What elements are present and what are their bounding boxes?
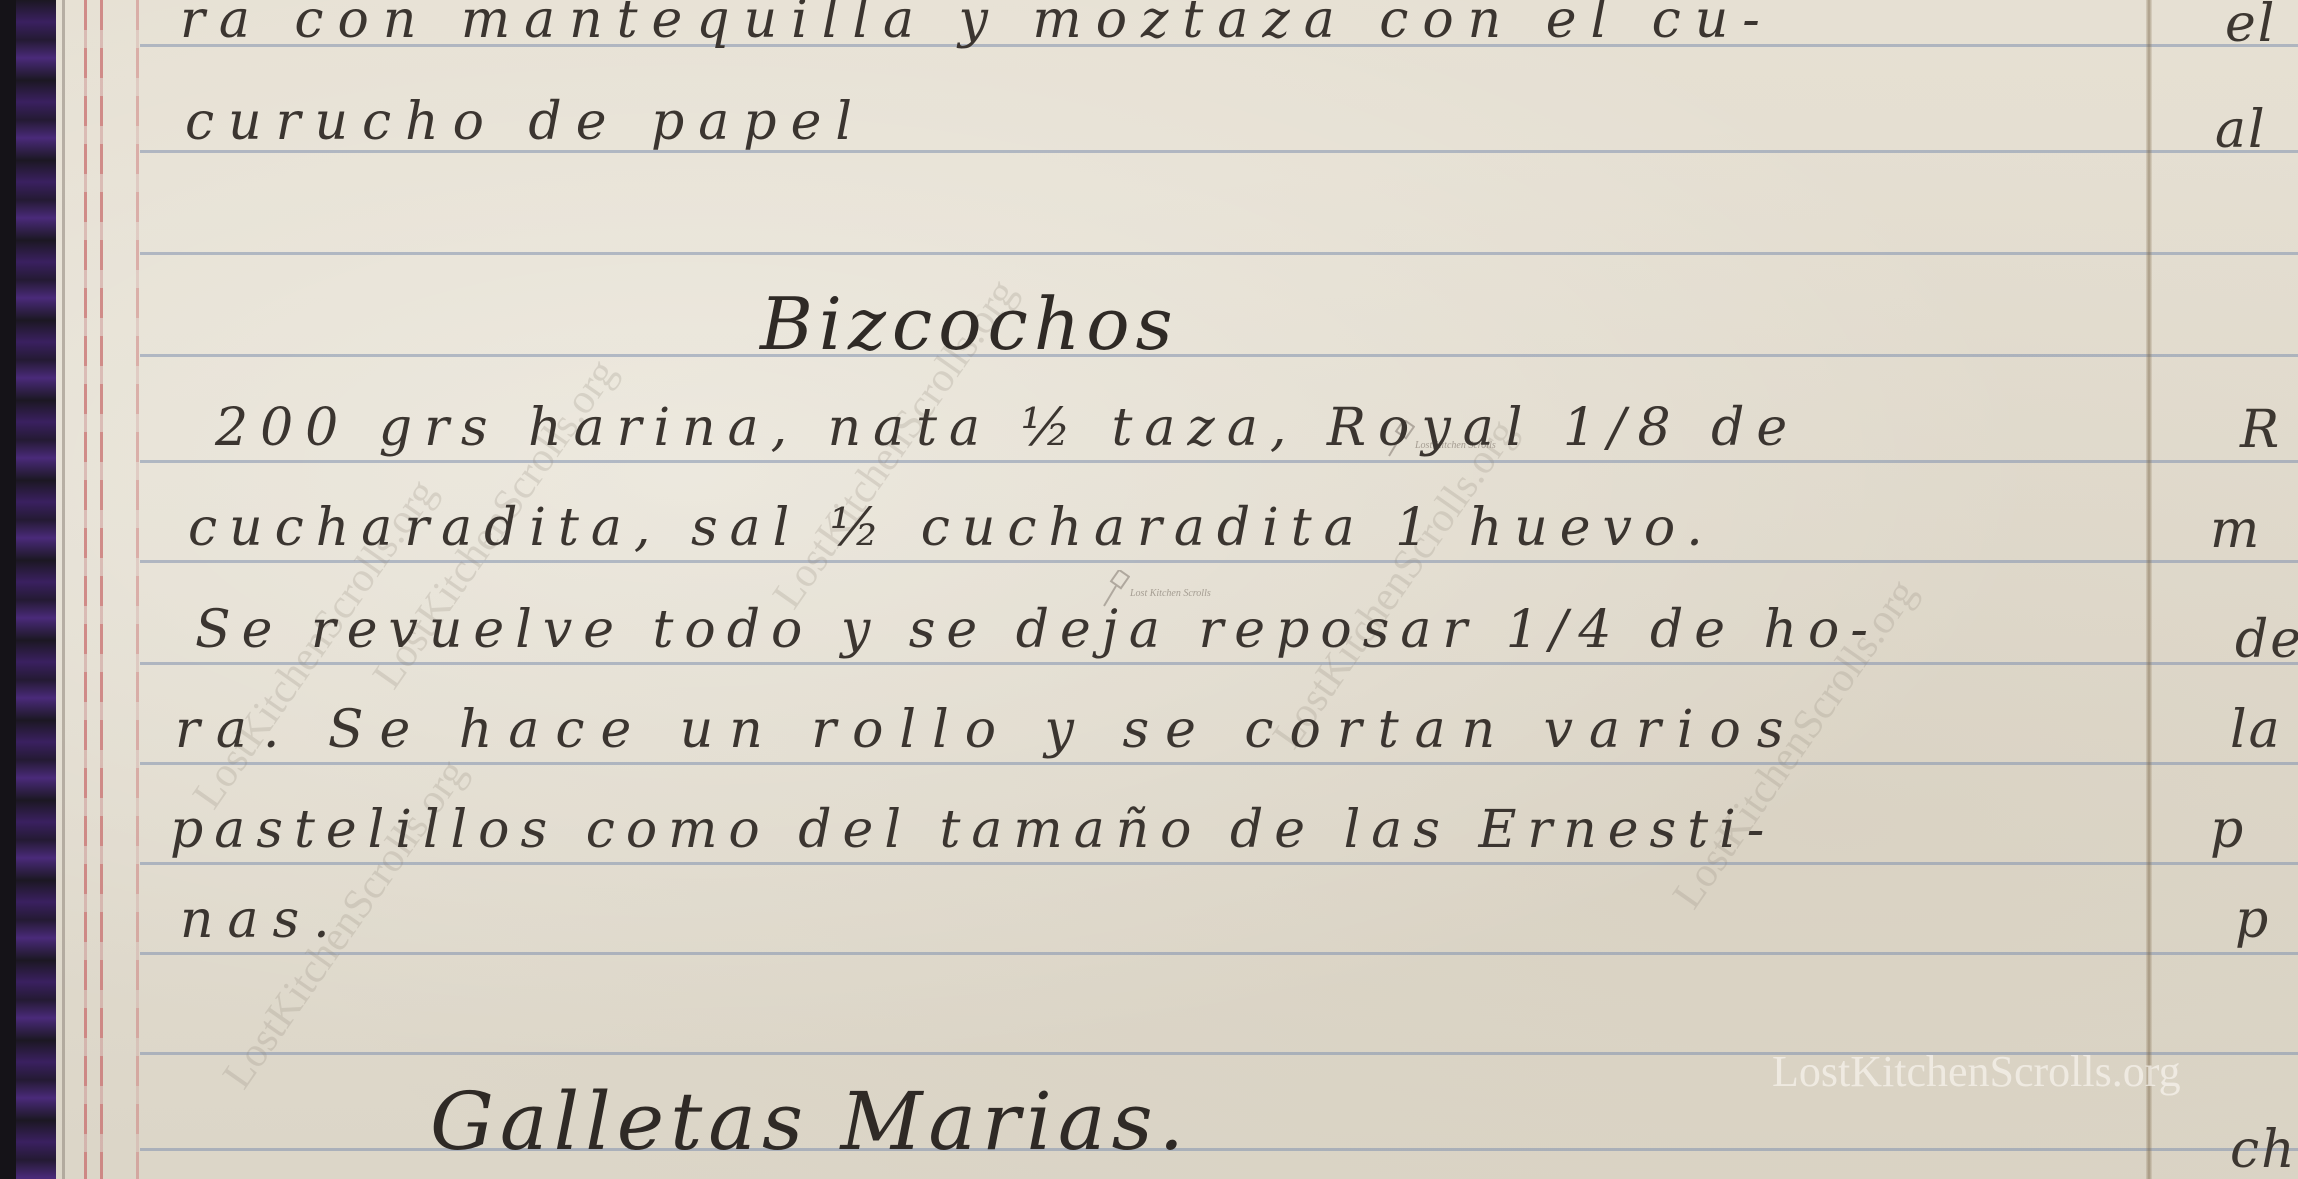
facing-page-fragment: R (2240, 400, 2281, 460)
notebook-page: LostKitchenScrolls.org LostKitchenScroll… (0, 0, 2298, 1179)
instruction-line: Se revuelve todo y se deja reposar 1/4 d… (195, 600, 1879, 660)
page-fold (2146, 0, 2152, 1179)
facing-page-fragment: el (2225, 0, 2276, 54)
ruled-line (140, 252, 2298, 255)
facing-page-fragment: p (2210, 800, 2245, 860)
small-watermark: Lost Kitchen Scrolls (1130, 588, 1211, 599)
facing-page-fragment: al (2215, 100, 2267, 160)
recipe-title: Galletas Marias. (430, 1075, 1190, 1168)
facing-page-fragment: de (2235, 610, 2298, 670)
margin-line-left (84, 0, 87, 1179)
ruled-line (140, 460, 2298, 463)
ingredient-line: cucharadita, sal ½ cucharadita 1 huevo. (188, 498, 1715, 558)
margin-line-middle (100, 0, 103, 1179)
facing-page-fragment: la (2230, 700, 2282, 760)
instruction-line: ra. Se hace un rollo y se cortan varios (175, 700, 1800, 760)
ruled-line (140, 662, 2298, 665)
binding-edge (0, 0, 16, 1179)
page-edge-line (62, 0, 65, 1179)
instruction-line: pastelillos como del tamaño de las Ernes… (170, 800, 1775, 860)
facing-page-fragment: ch (2230, 1120, 2297, 1179)
facing-page-fragment: p (2235, 890, 2270, 950)
watermark-corner: LostKitchenScrolls.org (1772, 1046, 2181, 1097)
handwritten-line: curucho de papel (185, 92, 866, 152)
handwritten-line: ra con mantequilla y moztaza con el cu- (180, 0, 1774, 50)
ruled-line (140, 354, 2298, 357)
ingredient-line: 200 grs harina, nata ½ taza, Royal 1/8 d… (215, 398, 1799, 458)
instruction-line: nas. (180, 890, 344, 950)
facing-page-fragment: m (2210, 500, 2261, 560)
recipe-title: Bizcochos (760, 282, 1179, 366)
margin-line-right (136, 0, 139, 1179)
ruled-line (140, 952, 2298, 955)
ruled-line (140, 762, 2298, 765)
ruled-line (140, 862, 2298, 865)
